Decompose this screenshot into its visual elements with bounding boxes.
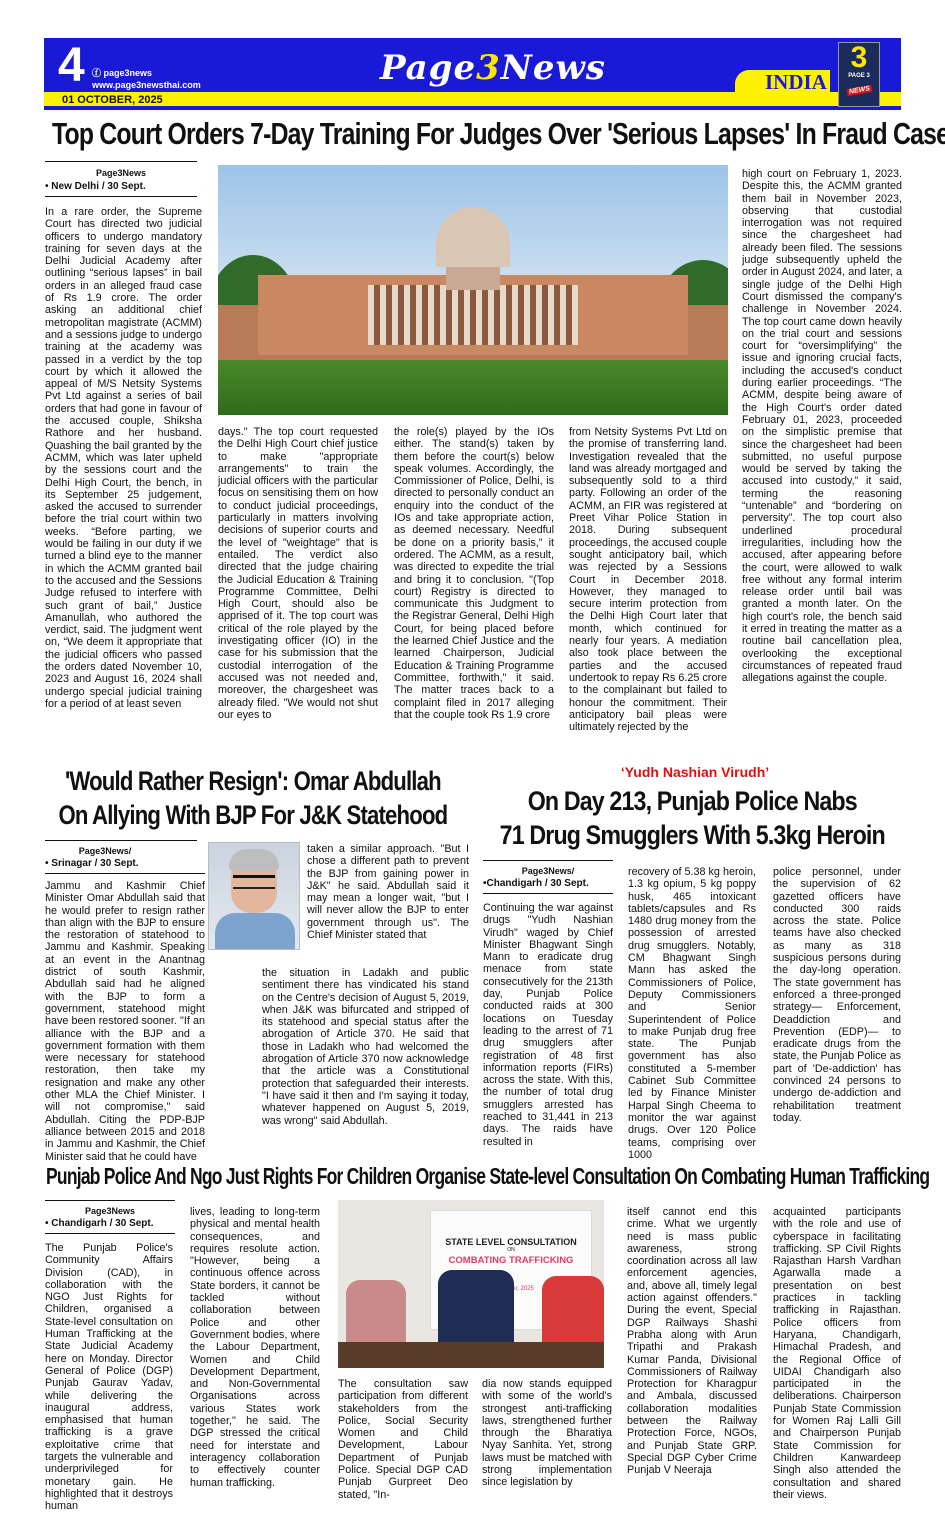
- consultation-event-photo: STATE LEVEL CONSULTATION ON COMBATING TR…: [338, 1200, 604, 1368]
- story4-column-5: itself cannot end this crime. What we ur…: [627, 1206, 757, 1477]
- panelist: [438, 1270, 514, 1350]
- logo-number: 3: [839, 43, 879, 73]
- story2-column-1: Jammu and Kashmir Chief Minister Omar Ab…: [45, 880, 205, 1163]
- issue-date: 01 OCTOBER, 2025: [62, 94, 163, 106]
- logo-label: PAGE 3: [839, 73, 879, 79]
- byline-rule: [483, 860, 613, 861]
- story1-dateline: • New Delhi / 30 Sept.: [45, 181, 146, 192]
- story4-column-4: dia now stands equipped with some of the…: [482, 1378, 612, 1489]
- story3-column-1: Continuing the war against drugs "Yudh N…: [483, 902, 613, 1148]
- story3-headline: On Day 213, Punjab Police Nabs 71 Drug S…: [488, 784, 897, 852]
- story3-kicker: ‘Yudh Nashian Virudh’: [480, 764, 910, 780]
- story2-column-2b: the situation in Ladakh and public senti…: [262, 967, 469, 1127]
- supreme-court-photo: [218, 165, 728, 415]
- story4-headline: Punjab Police And Ngo Just Rights For Ch…: [46, 1163, 929, 1190]
- story2-headline: 'Would Rather Resign': Omar Abdullah On …: [52, 764, 454, 832]
- court-lawn: [218, 360, 728, 415]
- story4-column-6: acquainted participants with the role an…: [773, 1206, 901, 1501]
- story1-source: Page3News: [45, 168, 197, 178]
- conference-table: [338, 1342, 604, 1368]
- byline-rule: [45, 840, 197, 841]
- panelist: [346, 1280, 406, 1350]
- newspaper-title: Page3News: [380, 48, 606, 88]
- logo-badge: NEWS: [846, 85, 872, 96]
- byline-rule: [45, 161, 197, 162]
- story2-source: Page3News/: [45, 846, 165, 856]
- story1-column-1: In a rare order, the Supreme Court has d…: [45, 206, 202, 710]
- story4-column-2: lives, leading to long-term physical and…: [190, 1206, 320, 1489]
- panelist: [542, 1276, 604, 1350]
- story3-column-3: police personnel, under the supervision …: [773, 866, 901, 1124]
- byline-rule: [45, 196, 197, 197]
- byline-rule: [45, 1200, 175, 1201]
- byline-rule: [483, 893, 613, 894]
- byline-rule: [45, 873, 205, 874]
- story3-dateline: •Chandigarh / 30 Sept.: [483, 878, 589, 889]
- story4-source: Page3News: [45, 1206, 175, 1216]
- masthead-rule: [44, 106, 901, 110]
- story1-column-3: the role(s) played by the IOs either. Th…: [394, 426, 554, 721]
- story1-column-4: from Netsity Systems Pvt Ltd on the prom…: [569, 426, 727, 733]
- facebook-icon: ⓕ: [92, 68, 104, 78]
- court-dome: [436, 207, 510, 267]
- byline-rule: [45, 1233, 175, 1234]
- story2-dateline: • Srinagar / 30 Sept.: [45, 858, 139, 869]
- story1-column-2: days." The top court requested the Delhi…: [218, 426, 378, 721]
- story3-column-2: recovery of 5.38 kg heroin, 1.3 kg opium…: [628, 866, 756, 1161]
- page-number: 4: [58, 40, 85, 92]
- story2-column-2a: taken a similar approach. "But I chose a…: [307, 843, 469, 941]
- court-colonnade: [368, 285, 578, 345]
- website-url: www.page3newsthai.com: [92, 80, 201, 90]
- story4-column-3: The consultation saw participation from …: [338, 1378, 468, 1501]
- story1-headline: Top Court Orders 7-Day Training For Judg…: [52, 116, 945, 152]
- story3-source: Page3News/: [483, 866, 613, 876]
- page3-logo: 3 PAGE 3 NEWS: [838, 42, 880, 107]
- edition-label: INDIA: [765, 70, 827, 95]
- facebook-handle: ⓕ page3news: [92, 66, 152, 79]
- story4-column-1: The Punjab Police's Community Affairs Di…: [45, 1242, 173, 1513]
- story1-column-5: high court on February 1, 2023. Despite …: [742, 168, 902, 684]
- story4-dateline: • Chandigarh / 30 Sept.: [45, 1218, 154, 1229]
- omar-abdullah-photo: [208, 842, 300, 950]
